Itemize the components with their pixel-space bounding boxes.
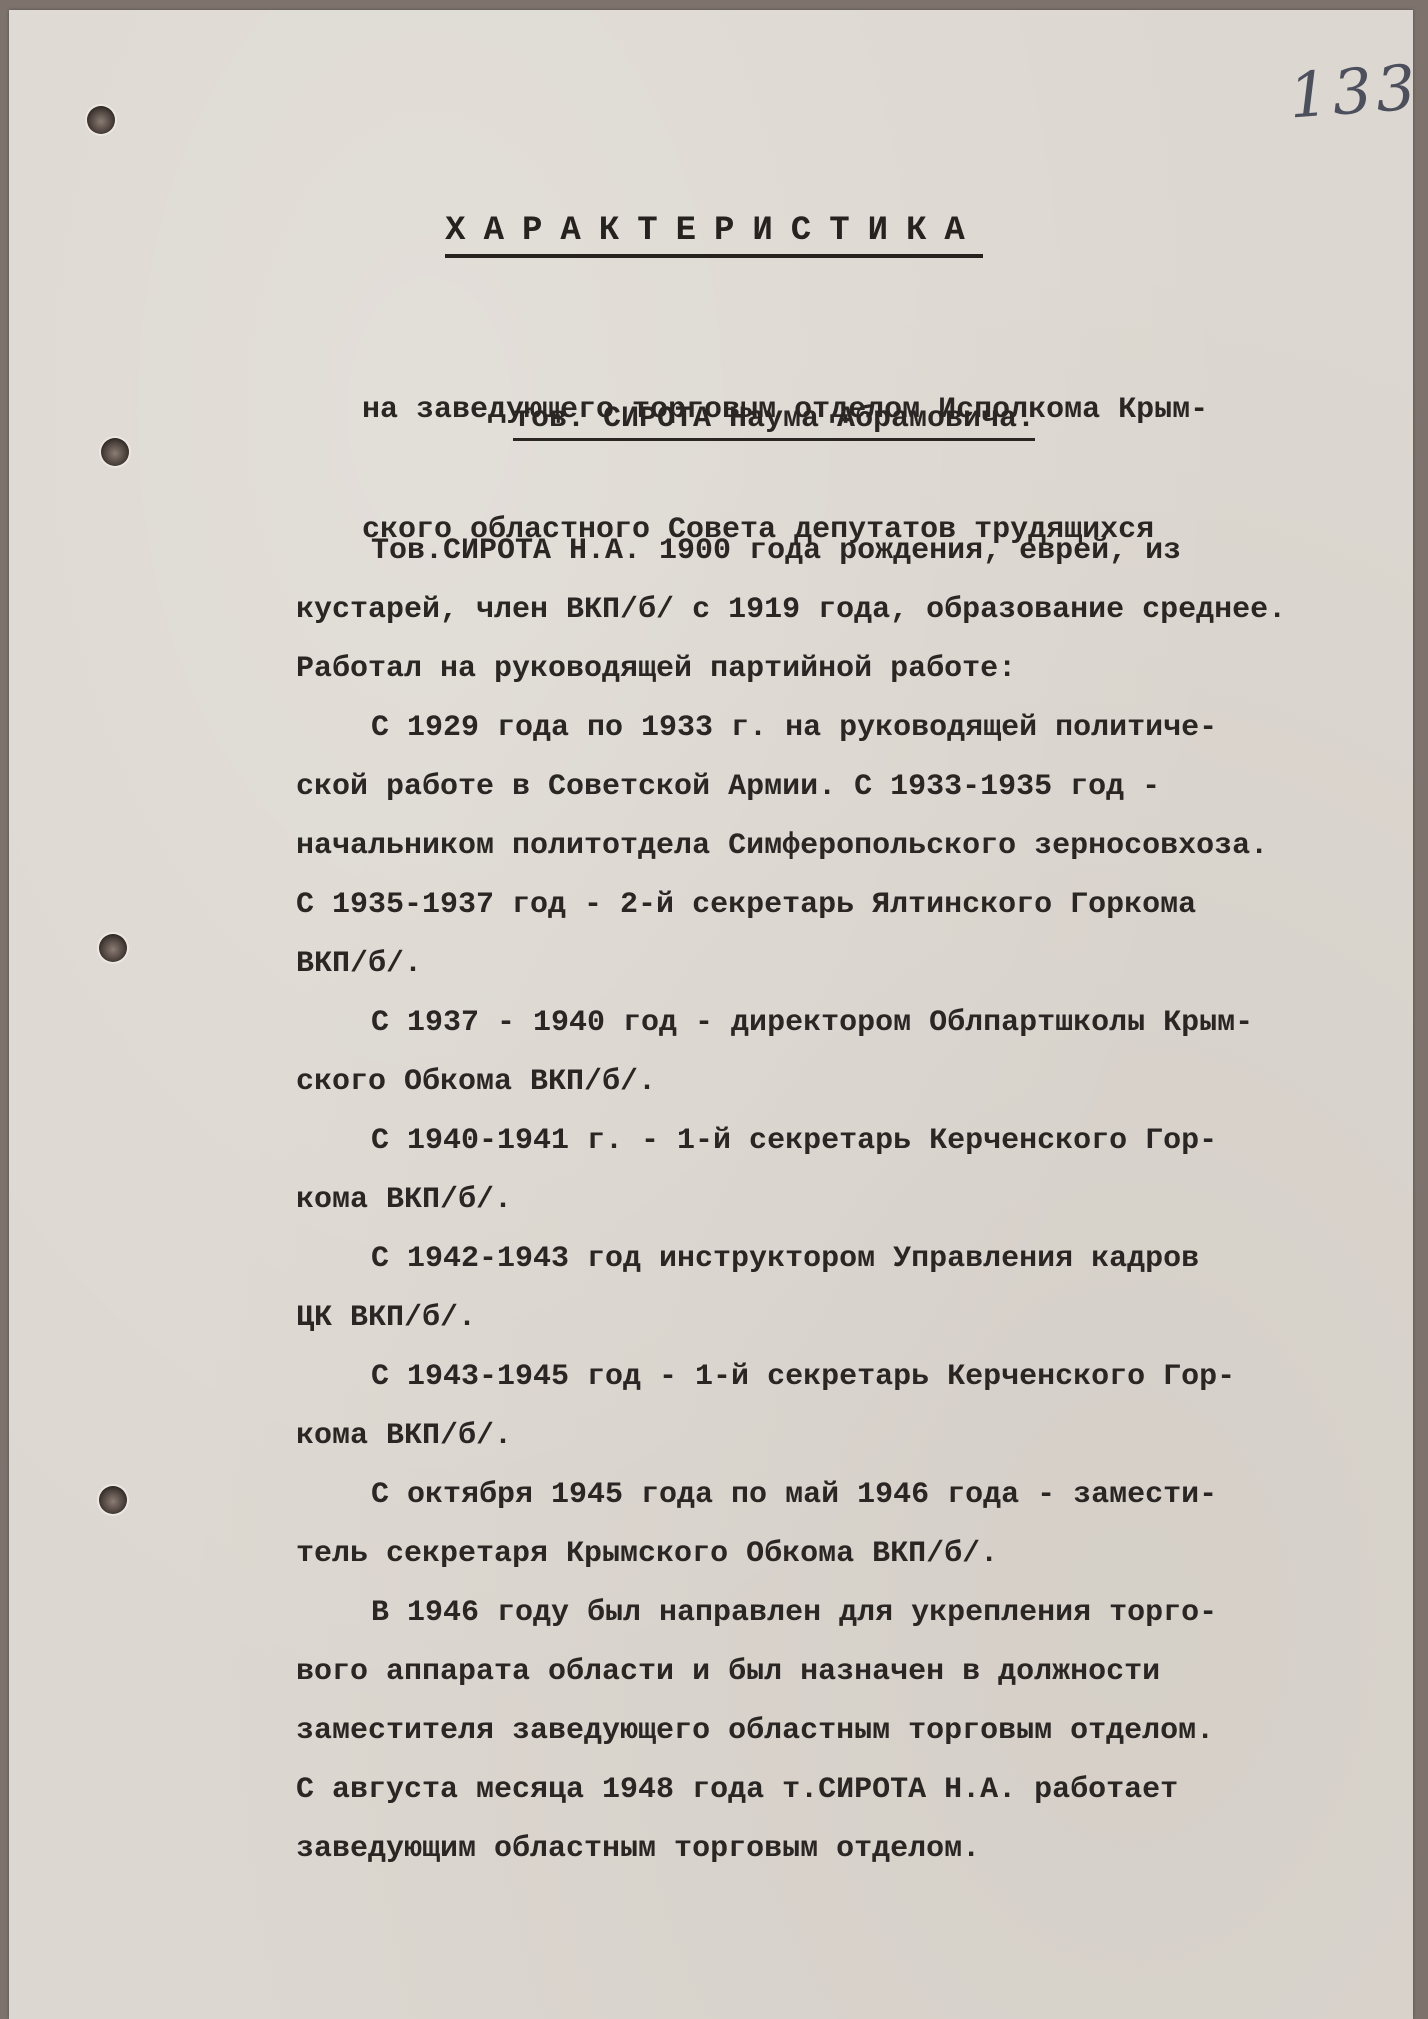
- body-line: кома ВКП/б/.: [296, 1407, 1406, 1466]
- punch-hole: [101, 438, 129, 466]
- punch-hole: [87, 106, 115, 134]
- body-line: заместителя заведующего областным торгов…: [296, 1702, 1406, 1761]
- body-line: ской работе в Советской Армии. С 1933-19…: [296, 758, 1406, 817]
- body-line: кустарей, член ВКП/б/ с 1919 года, образ…: [296, 581, 1406, 640]
- body-line: Работал на руководящей партийной работе:: [296, 640, 1406, 699]
- body-line: С 1937 - 1940 год - директором Облпартшк…: [296, 994, 1406, 1053]
- document-body: Тов.СИРОТА Н.А. 1900 года рождения, евре…: [296, 522, 1406, 1879]
- addressee: тов. СИРОТА Наума Абрамовича.: [0, 402, 1428, 436]
- punch-hole: [99, 1486, 127, 1514]
- punch-hole: [99, 934, 127, 962]
- body-line: В 1946 году был направлен для укрепления…: [296, 1584, 1406, 1643]
- body-line: заведующим областным торговым отделом.: [296, 1820, 1406, 1879]
- body-line: вого аппарата области и был назначен в д…: [296, 1643, 1406, 1702]
- body-line: С 1940-1941 г. - 1-й секретарь Керченско…: [296, 1112, 1406, 1171]
- body-line: С 1942-1943 год инструктором Управления …: [296, 1230, 1406, 1289]
- body-line: С августа месяца 1948 года т.СИРОТА Н.А.…: [296, 1761, 1406, 1820]
- addressee-name: тов. СИРОТА Наума Абрамовича.: [513, 402, 1035, 441]
- document-title: ХАРАКТЕРИСТИКА: [0, 212, 1428, 250]
- body-line: С 1943-1945 год - 1-й секретарь Керченск…: [296, 1348, 1406, 1407]
- body-line: Тов.СИРОТА Н.А. 1900 года рождения, евре…: [296, 522, 1406, 581]
- body-line: ского Обкома ВКП/б/.: [296, 1053, 1406, 1112]
- body-line: С 1935-1937 год - 2-й секретарь Ялтинско…: [296, 876, 1406, 935]
- document-title-text: ХАРАКТЕРИСТИКА: [445, 212, 983, 258]
- body-line: тель секретаря Крымского Обкома ВКП/б/.: [296, 1525, 1406, 1584]
- body-line: С 1929 года по 1933 г. на руководящей по…: [296, 699, 1406, 758]
- body-line: С октября 1945 года по май 1946 года - з…: [296, 1466, 1406, 1525]
- body-line: ВКП/б/.: [296, 935, 1406, 994]
- folio-number: 133: [1287, 51, 1422, 133]
- body-line: ЦК ВКП/б/.: [296, 1289, 1406, 1348]
- body-line: начальником политотдела Симферопольского…: [296, 817, 1406, 876]
- body-line: кома ВКП/б/.: [296, 1171, 1406, 1230]
